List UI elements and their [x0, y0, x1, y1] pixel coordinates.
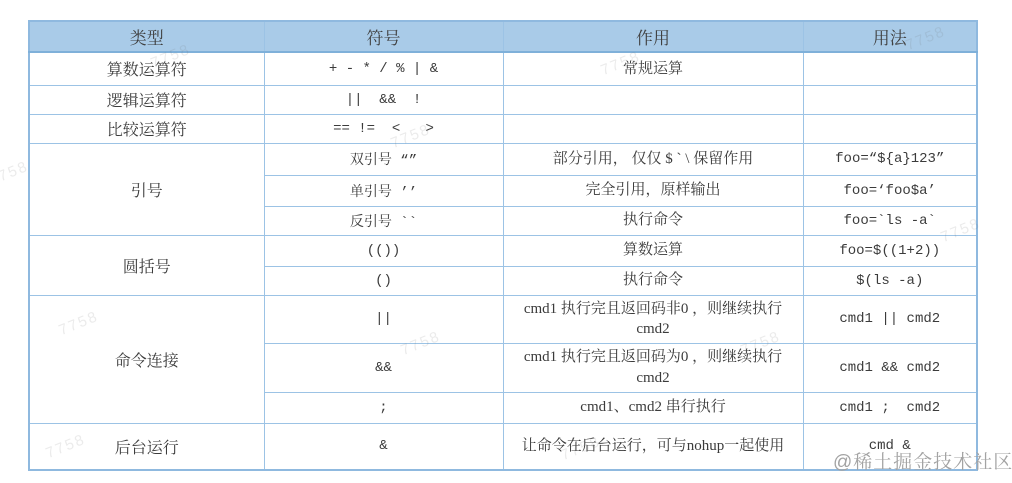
header-effect: 作用: [503, 21, 803, 52]
table-row: 算数运算符 + - * / % | & 常规运算: [29, 52, 977, 85]
cell-type: 算数运算符: [29, 52, 264, 85]
table-row: 圆括号 (()) 算数运算 foo=$((1+2)): [29, 235, 977, 266]
cell-usage: [803, 114, 977, 143]
cell-symbol: || && !: [264, 85, 503, 114]
cell-usage: foo=$((1+2)): [803, 235, 977, 266]
table-row: 逻辑运算符 || && !: [29, 85, 977, 114]
table-row: 命令连接 || cmd1 执行完且返回码非0 ，则继续执行 cmd2 cmd1 …: [29, 295, 977, 343]
table-row: 后台运行 & 让命令在后台运行，可与nohup一起使用 cmd &: [29, 423, 977, 470]
cell-effect: 常规运算: [503, 52, 803, 85]
cell-usage: cmd1 ; cmd2: [803, 392, 977, 423]
cell-usage: $(ls -a): [803, 266, 977, 295]
cell-effect: [503, 114, 803, 143]
cell-usage: foo=`ls -a`: [803, 206, 977, 235]
cell-usage: [803, 52, 977, 85]
cell-usage: cmd &: [803, 423, 977, 470]
operators-table: 类型 符号 作用 用法 算数运算符 + - * / % | & 常规运算 逻辑运…: [28, 20, 978, 471]
article-table-image: 类型 符号 作用 用法 算数运算符 + - * / % | & 常规运算 逻辑运…: [0, 0, 1012, 483]
table-row: 比较运算符 == != < >: [29, 114, 977, 143]
cell-usage: foo=“${a}123”: [803, 143, 977, 175]
cell-effect: 执行命令: [503, 266, 803, 295]
cell-effect: 执行命令: [503, 206, 803, 235]
cell-usage: [803, 85, 977, 114]
header-usage: 用法: [803, 21, 977, 52]
cell-effect: cmd1、cmd2 串行执行: [503, 392, 803, 423]
cell-effect: 部分引用， 仅仅 $ ` \ 保留作用: [503, 143, 803, 175]
cell-symbol: == != < >: [264, 114, 503, 143]
cell-symbol: 反引号 ``: [264, 206, 503, 235]
cell-type: 后台运行: [29, 423, 264, 470]
cell-usage: cmd1 && cmd2: [803, 343, 977, 392]
cell-effect: cmd1 执行完且返回码为0 ，则继续执行 cmd2: [503, 343, 803, 392]
cell-symbol: (): [264, 266, 503, 295]
cell-symbol: &: [264, 423, 503, 470]
table-row: 引号 双引号 “” 部分引用， 仅仅 $ ` \ 保留作用 foo=“${a}1…: [29, 143, 977, 175]
cell-type-parens: 圆括号: [29, 235, 264, 295]
header-symbol: 符号: [264, 21, 503, 52]
cell-effect: cmd1 执行完且返回码非0 ，则继续执行 cmd2: [503, 295, 803, 343]
cell-effect: [503, 85, 803, 114]
watermark-tile: 7758: [0, 158, 31, 189]
header-type: 类型: [29, 21, 264, 52]
cell-symbol: ;: [264, 392, 503, 423]
cell-effect: 让命令在后台运行，可与nohup一起使用: [503, 423, 803, 470]
cell-type-quotes: 引号: [29, 143, 264, 235]
cell-symbol: 双引号 “”: [264, 143, 503, 175]
cell-type: 比较运算符: [29, 114, 264, 143]
cell-symbol: &&: [264, 343, 503, 392]
cell-symbol: 单引号 ’’: [264, 175, 503, 206]
cell-symbol: + - * / % | &: [264, 52, 503, 85]
cell-type: 逻辑运算符: [29, 85, 264, 114]
cell-effect: 算数运算: [503, 235, 803, 266]
cell-symbol: ||: [264, 295, 503, 343]
cell-usage: foo=‘foo$a’: [803, 175, 977, 206]
cell-type-connectors: 命令连接: [29, 295, 264, 423]
cell-usage: cmd1 || cmd2: [803, 295, 977, 343]
cell-effect: 完全引用，原样输出: [503, 175, 803, 206]
cell-symbol: (()): [264, 235, 503, 266]
table-header-row: 类型 符号 作用 用法: [29, 21, 977, 52]
